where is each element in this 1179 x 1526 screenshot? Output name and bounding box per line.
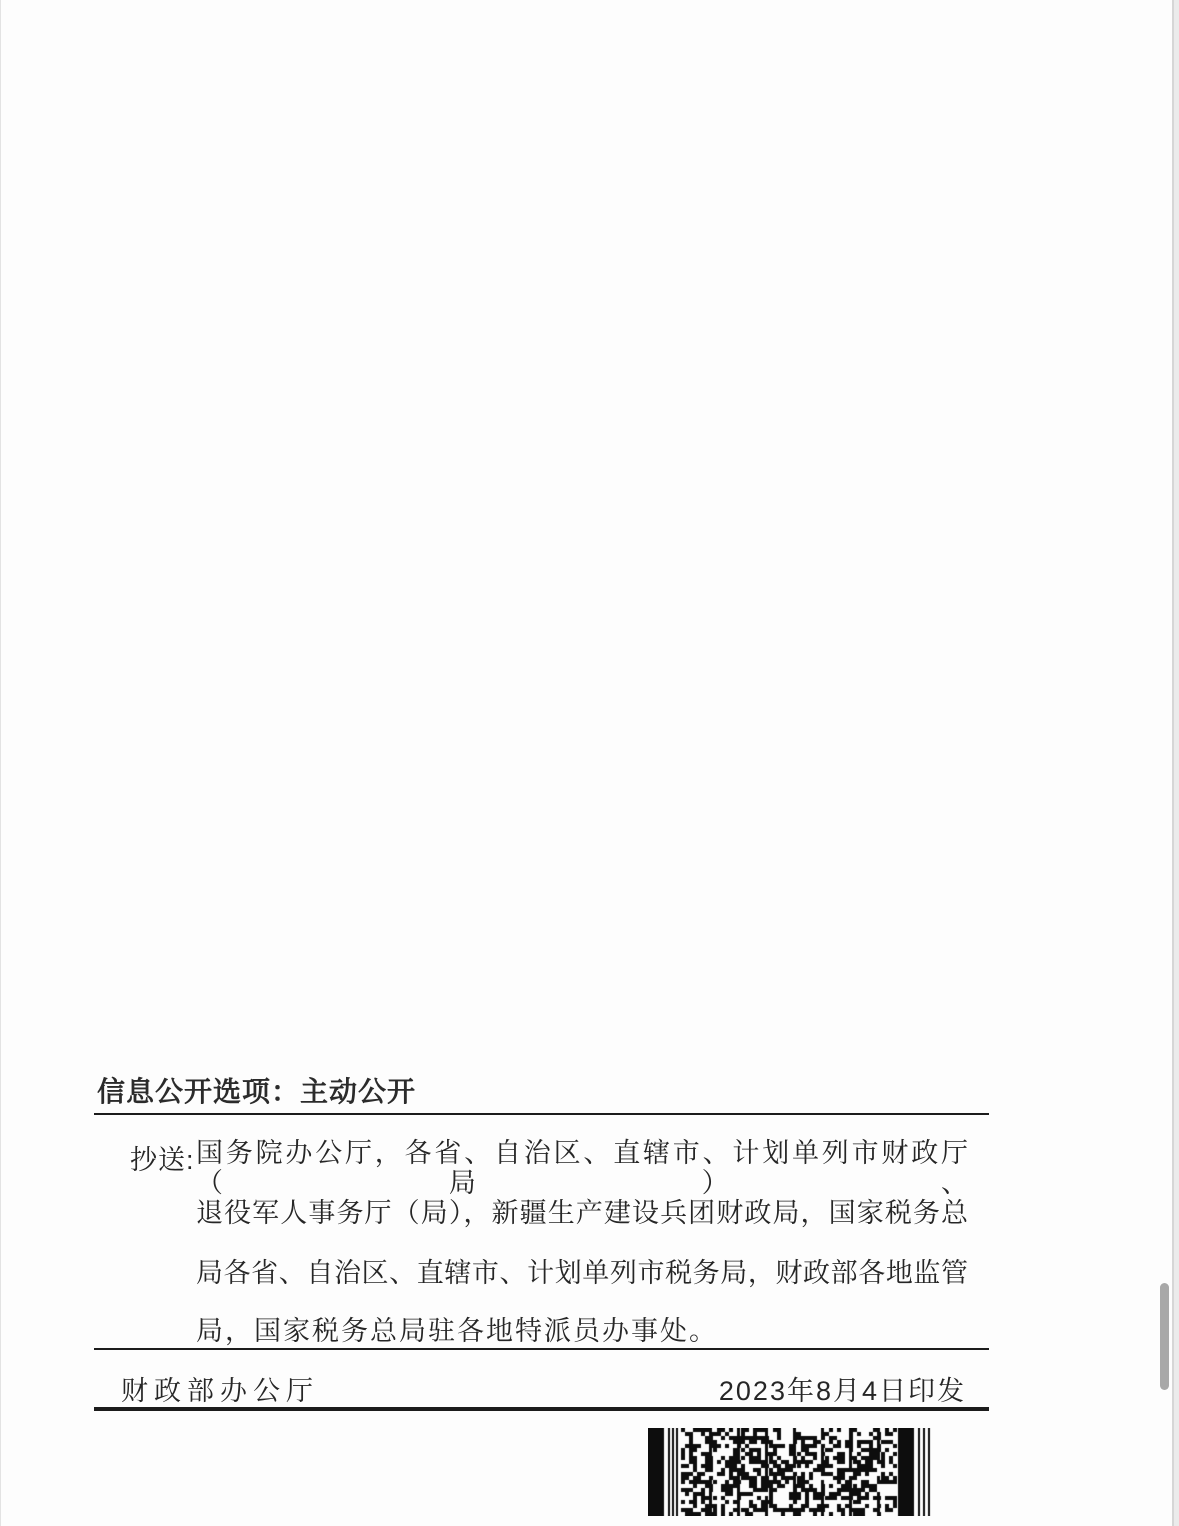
disclosure-option-line: 信息公开选项：主动公开 [97,1070,416,1110]
cc-line: 局各省、自治区、直辖市、计划单列市税务局，财政部各地监管 [196,1258,968,1288]
divider-top [94,1113,989,1115]
issuing-office: 财政部办公厅 [121,1369,319,1408]
divider-bottom [94,1407,989,1411]
page-edge-gutter [1172,0,1179,1526]
cc-line: 局，国家税务总局驻各地特派员办事处。 [196,1316,968,1346]
divider-middle [94,1348,989,1350]
cc-label: 抄送: [130,1138,195,1177]
document-page: 信息公开选项：主动公开 抄送: 国务院办公厅，各省、自治区、直辖市、计划单列市财… [0,0,1179,1526]
print-date: 2023年8月4日印发 [719,1369,966,1408]
document-2d-barcode [648,1428,938,1516]
scrollbar-thumb[interactable] [1160,1283,1169,1390]
cc-line: 退役军人事务厅（局），新疆生产建设兵团财政局，国家税务总 [196,1198,968,1228]
cc-line: 国务院办公厅，各省、自治区、直辖市、计划单列市财政厅（局）、 [196,1138,968,1198]
barcode-canvas [648,1428,938,1516]
